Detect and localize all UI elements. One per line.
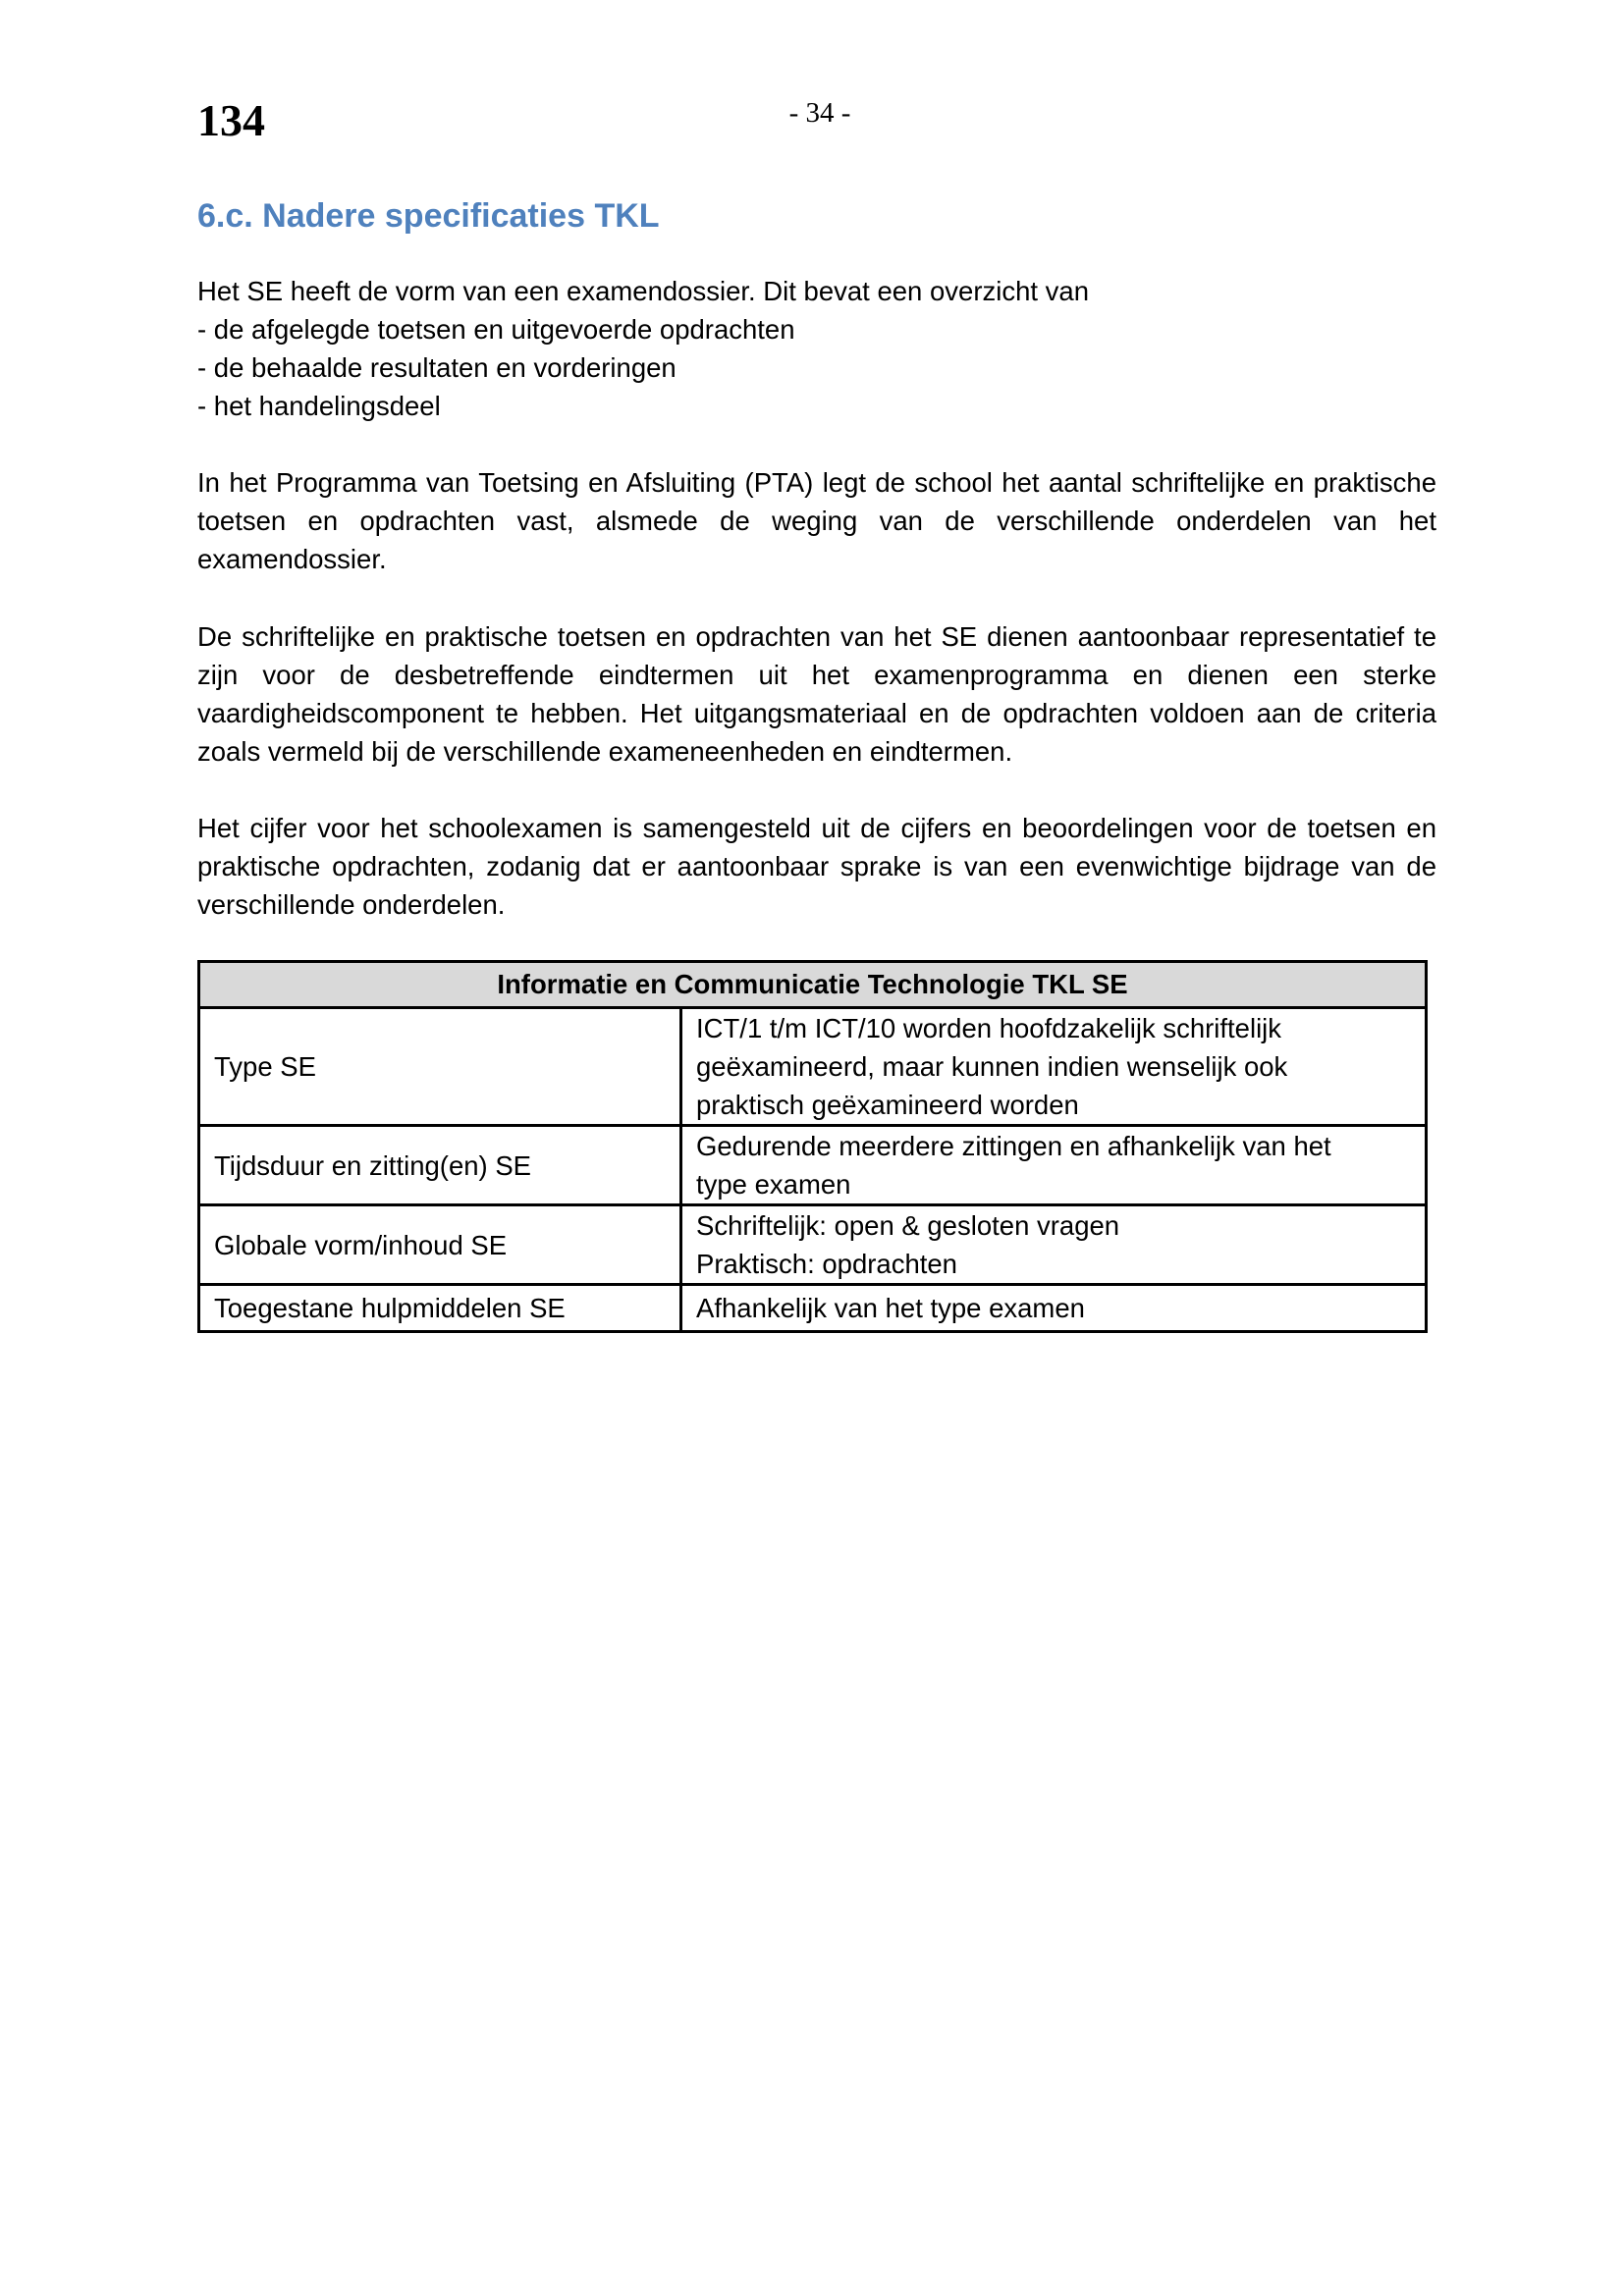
table-row: Globale vorm/inhoud SE Schriftelijk: ope… [199, 1205, 1427, 1285]
list-item: - de behaalde resultaten en vorderingen [197, 348, 1436, 387]
row-label: Globale vorm/inhoud SE [199, 1205, 681, 1285]
table-row: Toegestane hulpmiddelen SE Afhankelijk v… [199, 1285, 1427, 1332]
row-value: ICT/1 t/m ICT/10 worden hoofdzakelijk sc… [681, 1008, 1427, 1126]
specification-table: Informatie en Communicatie Technologie T… [197, 960, 1428, 1333]
value-line: Afhankelijk van het type examen [696, 1289, 1411, 1327]
table-row: Type SE ICT/1 t/m ICT/10 worden hoofdzak… [199, 1008, 1427, 1126]
value-line: Praktisch: opdrachten [696, 1245, 1411, 1283]
value-line: Gedurende meerdere zittingen en afhankel… [696, 1127, 1411, 1165]
row-label: Tijdsduur en zitting(en) SE [199, 1126, 681, 1205]
value-line: ICT/1 t/m ICT/10 worden hoofdzakelijk sc… [696, 1009, 1411, 1047]
paragraph-examendossier: Het SE heeft de vorm van een examendossi… [197, 272, 1436, 425]
paragraph-intro: Het SE heeft de vorm van een examendossi… [197, 272, 1436, 310]
value-line: Schriftelijk: open & gesloten vragen [696, 1206, 1411, 1245]
list-item: - de afgelegde toetsen en uitgevoerde op… [197, 310, 1436, 348]
row-value: Schriftelijk: open & gesloten vragen Pra… [681, 1205, 1427, 1285]
document-page-number: 134 [197, 98, 265, 143]
section-heading: 6.c. Nadere specificaties TKL [197, 196, 660, 237]
section-page-number: - 34 - [722, 99, 918, 128]
list-item: - het handelingsdeel [197, 387, 1436, 425]
table-row: Tijdsduur en zitting(en) SE Gedurende me… [199, 1126, 1427, 1205]
row-label: Toegestane hulpmiddelen SE [199, 1285, 681, 1332]
table-title: Informatie en Communicatie Technologie T… [199, 962, 1427, 1008]
value-line: geëxamineerd, maar kunnen indien wenseli… [696, 1047, 1411, 1086]
table-header-row: Informatie en Communicatie Technologie T… [199, 962, 1427, 1008]
paragraph-cijfer: Het cijfer voor het schoolexamen is same… [197, 809, 1436, 924]
row-value: Afhankelijk van het type examen [681, 1285, 1427, 1332]
value-line: type examen [696, 1165, 1411, 1203]
row-value: Gedurende meerdere zittingen en afhankel… [681, 1126, 1427, 1205]
row-label: Type SE [199, 1008, 681, 1126]
value-line: praktisch geëxamineerd worden [696, 1086, 1411, 1124]
paragraph-representatief: De schriftelijke en praktische toetsen e… [197, 617, 1436, 771]
paragraph-pta: In het Programma van Toetsing en Afsluit… [197, 463, 1436, 578]
